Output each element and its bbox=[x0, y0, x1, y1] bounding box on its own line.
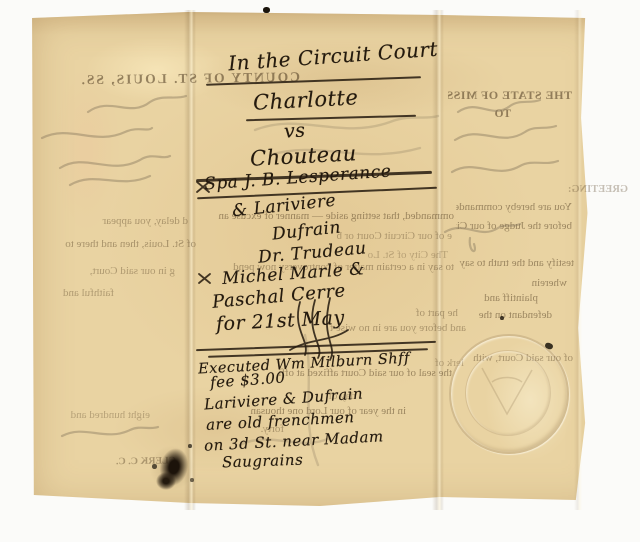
bleed-fragment: and before you are in no wise to fail bbox=[330, 321, 466, 337]
handwritten-versus: vs bbox=[283, 119, 306, 142]
scanned-document: COUNTY OF ST. LOUIS, SS. THE STATE OF MI… bbox=[0, 0, 640, 542]
bleed-to-label: TO bbox=[491, 107, 511, 123]
ink-speck bbox=[263, 7, 270, 13]
bleed-fragment: You are hereby commanded bbox=[456, 200, 572, 216]
ink-speck bbox=[190, 478, 194, 482]
bleed-fragment: testify and the truth to say bbox=[452, 256, 574, 272]
ink-speck bbox=[188, 444, 192, 448]
bleed-fragment: before the Judge of our Circuit bbox=[456, 219, 572, 235]
handwritten-memo-line: Saugrains bbox=[222, 451, 304, 472]
ink-blot-satellite bbox=[156, 472, 176, 490]
bleed-greeting: GREETING: bbox=[566, 182, 628, 198]
bleed-fragment: wherein bbox=[521, 276, 567, 292]
bleed-fragment: eight hundred and bbox=[48, 408, 150, 424]
embossed-seal-inner-ring bbox=[465, 350, 551, 436]
bleed-fragment: faithful and bbox=[46, 286, 114, 302]
ink-speck bbox=[500, 316, 504, 320]
bleed-fragment: d delay, you appear bbox=[40, 214, 188, 230]
bleed-fragment: plaintiff and bbox=[466, 291, 538, 307]
ink-speck bbox=[152, 464, 157, 469]
bleed-state-line: THE STATE OF MISSOURI, bbox=[448, 88, 572, 104]
bleed-fragment: g in our said Court, bbox=[55, 264, 175, 280]
bleed-fragment: defendant on the bbox=[458, 308, 552, 324]
bleed-fragment: of St. Louis, then and there to bbox=[48, 237, 196, 253]
bleed-fragment: he part of bbox=[404, 306, 458, 322]
